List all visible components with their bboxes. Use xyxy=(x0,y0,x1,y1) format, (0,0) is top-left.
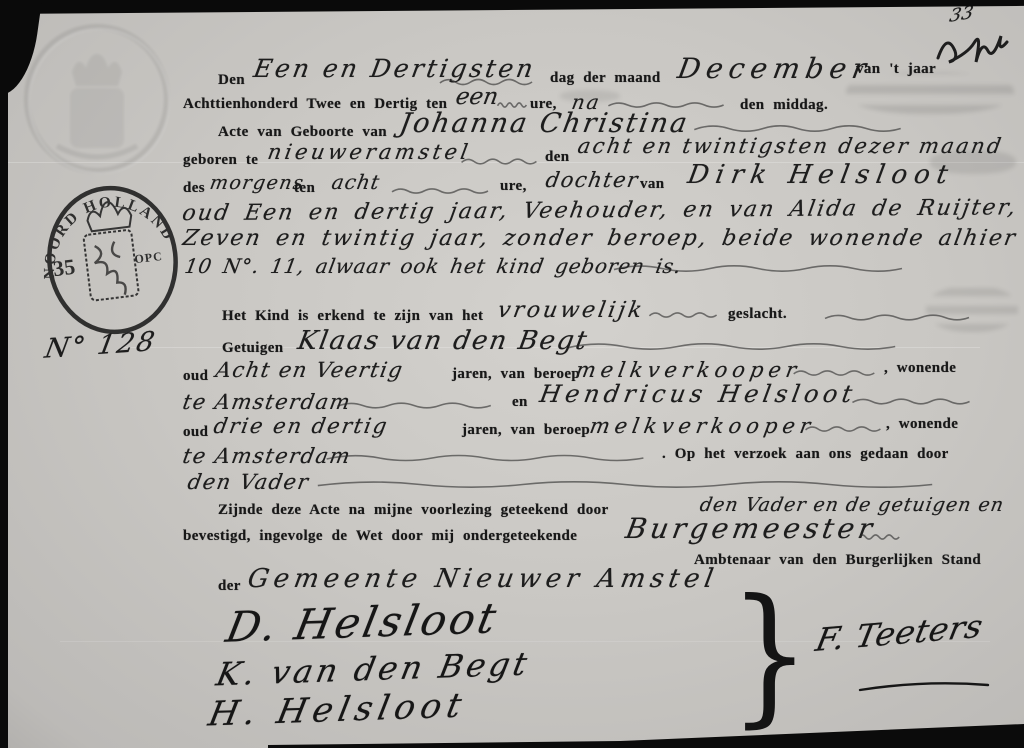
printed-den: Den xyxy=(218,72,245,89)
ink-bleed-artifact xyxy=(926,286,1018,332)
hand-birth-hour: acht xyxy=(330,170,382,194)
hand-birth-day: acht en twintigsten dezer maand xyxy=(576,134,1005,158)
printed-getuigen: Getuigen xyxy=(222,340,284,357)
hand-witness1-residence: te Amsterdam xyxy=(181,390,353,414)
tax-stamp: NOORD HOLLAND 35 OPC xyxy=(26,161,198,350)
hand-gemeente: Gemeente Nieuwer Amstel xyxy=(245,564,720,594)
act-number: N° 128 xyxy=(42,326,158,365)
printed-geslacht: geslacht. xyxy=(728,306,787,323)
paraph-mark xyxy=(932,24,1018,70)
printed-erkend: Het Kind is erkend te zijn van het xyxy=(222,308,483,325)
stamp-shield xyxy=(83,229,139,300)
document-page: NOORD HOLLAND 35 OPC N° 128 33 Den Een e… xyxy=(0,0,1024,748)
scan-edge-bottom xyxy=(0,698,1024,748)
printed-zijnde: Zijnde deze Acte na mijne voorlezing get… xyxy=(218,502,609,519)
hand-witness2-name: Hendricus Helsloot xyxy=(538,380,859,408)
printed-van-t-jaar: van 't jaar xyxy=(856,61,936,78)
signature-official: F. Teeters xyxy=(813,607,987,659)
hand-witness1-age: Acht en Veertig xyxy=(214,358,406,382)
printed-oud-1: oud xyxy=(183,368,208,385)
hand-dochter: dochter xyxy=(544,168,641,192)
printed-den-2: den xyxy=(545,149,570,166)
birth-certificate-scan: NOORD HOLLAND 35 OPC N° 128 33 Den Een e… xyxy=(0,0,1024,748)
hand-witness1-occupation: melkverkooper xyxy=(574,358,803,382)
printed-bevestigd: bevestigd, ingevolge de Wet door mij ond… xyxy=(183,528,577,545)
printed-den-middag: den middag. xyxy=(740,97,828,114)
hand-daypart: morgens xyxy=(208,172,306,194)
printed-der: der xyxy=(218,578,241,595)
pen-dash-filler xyxy=(320,452,650,464)
printed-ambtenaar: Ambtenaar van den Burgerlijken Stand xyxy=(694,552,981,569)
printed-ten: ten xyxy=(294,180,315,197)
pen-dash-filler xyxy=(460,156,538,167)
printed-wonende-1: , wonende xyxy=(884,360,956,377)
hand-mother-details: Zeven en twintig jaar, zonder beroep, be… xyxy=(181,226,1024,251)
scan-edge-left xyxy=(0,0,8,748)
hand-father-details: oud Een en dertig jaar, Veehouder, en va… xyxy=(180,195,1024,226)
embossed-seal xyxy=(12,14,182,184)
hand-requester: den Vader xyxy=(186,470,311,494)
printed-geboren-te: geboren te xyxy=(183,152,258,169)
pen-dash-filler xyxy=(792,368,876,378)
pen-dash-filler xyxy=(390,186,490,196)
pen-dash-filler xyxy=(438,76,534,88)
printed-dag-der-maand: dag der maand xyxy=(550,70,661,87)
pen-dash-filler xyxy=(648,310,718,320)
pen-dash-filler xyxy=(690,122,905,135)
pen-dash-filler xyxy=(497,100,527,110)
hand-birthplace: nieuweramstel xyxy=(266,140,473,164)
stamp-duty-suffix: OPC xyxy=(134,249,164,266)
printed-oud-2: oud xyxy=(183,424,208,441)
signature-underline xyxy=(858,680,990,694)
pen-dash-filler xyxy=(334,400,494,411)
signature-father: D. Helsloot xyxy=(222,593,503,651)
printed-ure-2: ure, xyxy=(500,178,527,195)
pen-dash-filler xyxy=(305,478,945,491)
hand-month: December xyxy=(675,52,875,85)
pen-dash-filler xyxy=(850,396,972,407)
pen-dash-filler xyxy=(608,262,908,275)
pen-dash-filler xyxy=(562,340,902,353)
printed-des: des xyxy=(183,180,205,197)
printed-verzoek: . Op het verzoek aan ons gedaan door xyxy=(662,446,949,463)
pen-dash-filler xyxy=(858,532,900,542)
hand-witness2-occupation: melkverkooper xyxy=(588,414,817,438)
printed-en: en xyxy=(512,394,528,411)
stamp-duty-value: 35 xyxy=(52,254,77,281)
ink-bleed-artifact xyxy=(846,72,1014,114)
printed-acte-van: Acte van Geboorte van xyxy=(218,124,387,141)
hand-witness2-age: drie en dertig xyxy=(212,414,391,438)
scan-edge-top xyxy=(0,0,1024,14)
printed-jaren-beroep-2: jaren, van beroep xyxy=(462,422,590,439)
hand-witness1-name: Klaas van den Begt xyxy=(295,326,590,356)
stamp-lion xyxy=(92,241,126,298)
pen-dash-filler xyxy=(606,100,726,110)
hand-official-title: Burgemeester xyxy=(623,512,879,545)
signature-witness1: K. van den Begt xyxy=(213,645,533,694)
printed-wonende-2: , wonende xyxy=(886,416,958,433)
pen-dash-filler xyxy=(822,312,972,323)
printed-van: van xyxy=(640,176,665,193)
pen-dash-filler xyxy=(804,424,882,434)
hand-father-name: Dirk Helsloot xyxy=(685,160,957,190)
hand-gender: vrouwelijk xyxy=(496,298,647,323)
